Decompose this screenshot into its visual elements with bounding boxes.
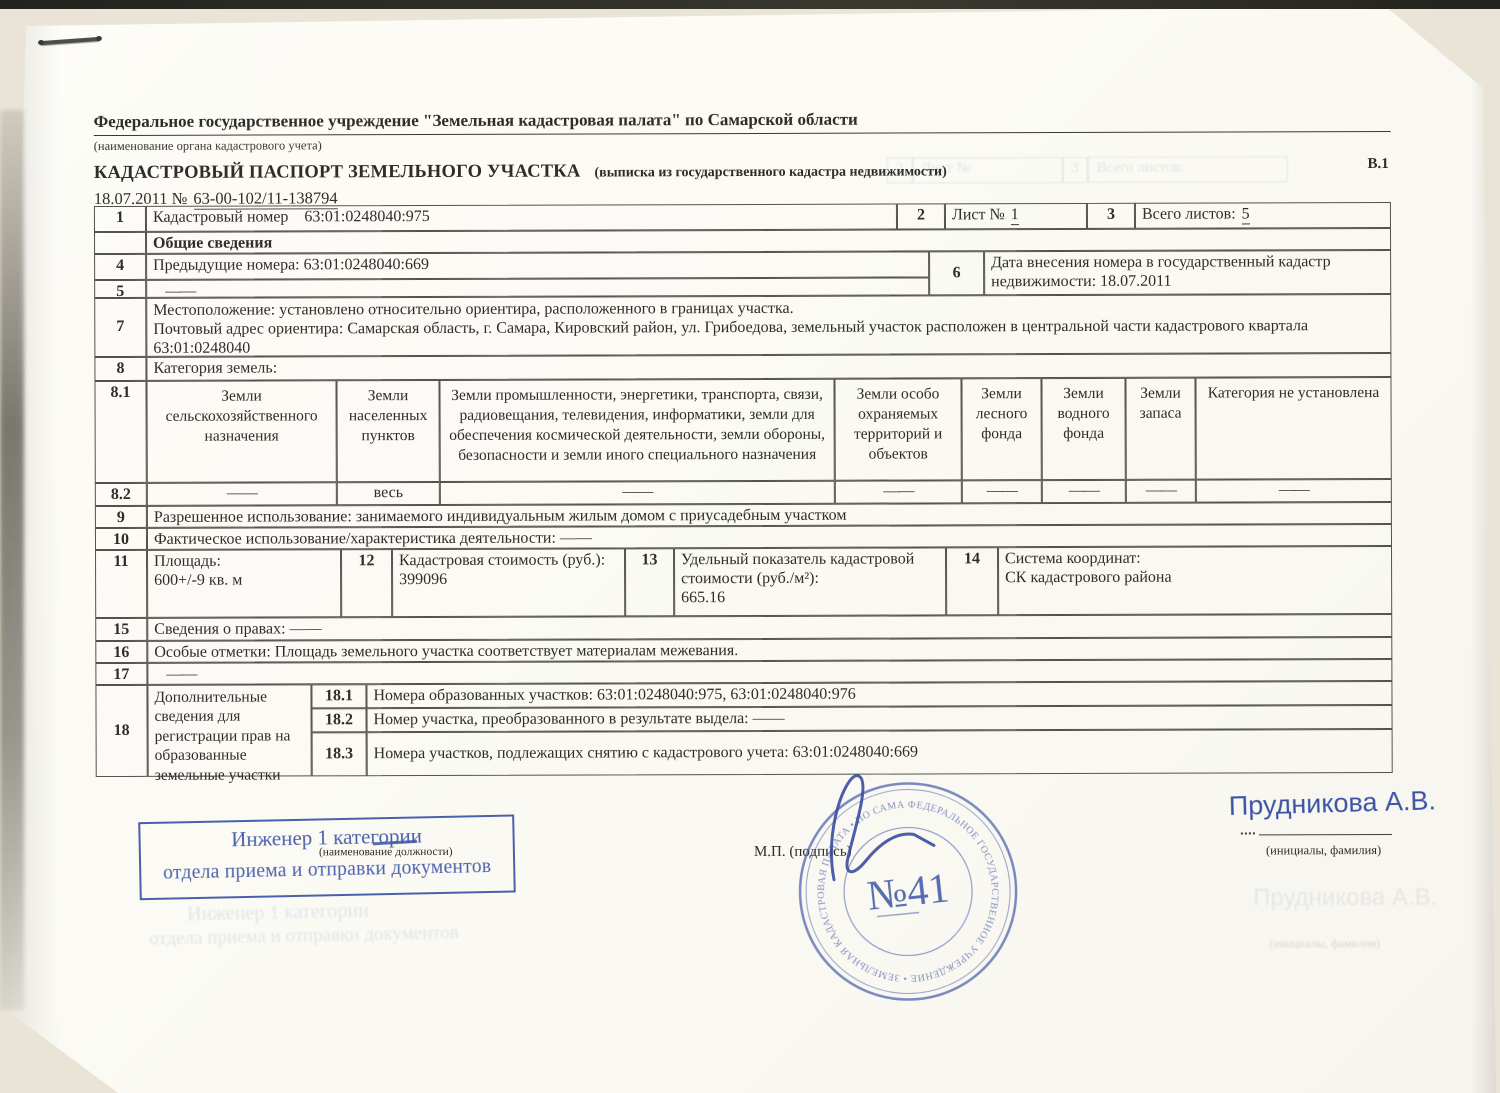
additional-info-label: Дополнительные сведения для регистрации …: [147, 684, 311, 777]
ghost-cell: 2: [887, 157, 913, 183]
cadastral-number-label: Кадастровый номер: [153, 208, 289, 225]
registration-date-cell: Дата внесения номера в государственный к…: [984, 250, 1391, 295]
org-caption: (наименование органа кадастрового учета): [94, 135, 1391, 154]
form-code: В.1: [1368, 156, 1389, 173]
row8-number: 8: [94, 357, 146, 381]
page-fold-shadow: [0, 110, 24, 1010]
row6-number: 6: [929, 251, 984, 295]
document-content: Федеральное государственное учреждение "…: [0, 0, 1500, 1093]
coordinate-system-cell: Система координат: СК кадастрового район…: [998, 546, 1392, 615]
category-val-3: ——: [835, 480, 962, 503]
position-caption: (наименование должности): [319, 846, 453, 858]
cadastral-value-amount: 399096: [399, 570, 618, 590]
total-sheets-cell: Всего листов:5: [1135, 202, 1391, 229]
area-label: Площадь:: [154, 552, 334, 571]
bleed-position-line1: Инженер 1 категории: [187, 900, 369, 927]
signer-underline: [1259, 834, 1392, 835]
coordinate-system-label: Система координат:: [1005, 549, 1385, 569]
empty-number-cell: [94, 232, 146, 254]
category-val-7: ——: [1196, 479, 1392, 503]
row10-number: 10: [95, 528, 147, 550]
category-col-settlements: Земли населенных пунктов: [336, 380, 439, 482]
sheet-value: 1: [1011, 206, 1019, 225]
category-val-4: ——: [962, 480, 1042, 503]
cadastral-value-cell: Кадастровая стоимость (руб.): 399096: [392, 548, 625, 617]
category-col-industry: Земли промышленности, энергетики, трансп…: [439, 379, 834, 482]
row14-number: 14: [946, 547, 998, 615]
row4-number: 4: [94, 254, 146, 280]
formed-parcels-cell: Номера образованных участков: 63:01:0248…: [366, 681, 1392, 708]
row11-number: 11: [95, 550, 147, 618]
row7-number: 7: [94, 298, 146, 357]
row181-number: 18.1: [311, 684, 366, 708]
category-col-forest: Земли лесного фонда: [961, 378, 1041, 480]
category-col-reserve: Земли запаса: [1125, 378, 1195, 480]
category-col-protected: Земли особо охраняемых территорий и объе…: [834, 378, 961, 480]
row183-number: 18.3: [312, 732, 367, 776]
row81-number: 8.1: [94, 381, 146, 483]
row18-number: 18: [95, 685, 147, 777]
cadastral-value-label: Кадастровая стоимость (руб.):: [399, 551, 618, 571]
signer-name-stamp: Прудникова А.В.: [1228, 785, 1436, 822]
category-val-5: ——: [1042, 480, 1126, 503]
ghost-cell: 3: [1062, 157, 1088, 183]
coordinate-system-value: СК кадастрового района: [1005, 568, 1385, 588]
specific-value-label: Удельный показатель кадастровой стоимост…: [681, 550, 939, 589]
total-sheets-value: 5: [1242, 205, 1250, 224]
category-val-6: ——: [1126, 480, 1196, 503]
transformed-parcel-cell: Номер участка, преобразованного в резуль…: [367, 705, 1393, 732]
total-sheets-label: Всего листов:: [1142, 205, 1236, 222]
location-cell: Местоположение: установлено относительно…: [146, 294, 1391, 357]
bleed-signer-name: Прудникова А.В.: [1253, 884, 1437, 913]
location-line2: Почтовый адрес ориентира: Самарская обла…: [153, 317, 1384, 359]
row2-number: 2: [897, 203, 945, 229]
category-val-0: ——: [147, 482, 337, 506]
row82-number: 8.2: [95, 483, 147, 506]
row182-number: 18.2: [312, 708, 367, 732]
cadastral-number-cell: Кадастровый номер63:01:0248040:975: [146, 204, 897, 232]
specific-value-amount: 665.16: [681, 588, 939, 608]
cadastral-table: 1 Кадастровый номер63:01:0248040:975 2 Л…: [94, 202, 1393, 777]
row13-number: 13: [625, 548, 674, 616]
row3-number: 3: [1087, 203, 1135, 229]
area-cell: Площадь: 600+/-9 кв. м: [147, 549, 341, 618]
signature: [796, 759, 986, 900]
position-stamp-line2: отдела приема и отправки документов: [141, 855, 513, 885]
bleed-signer-caption: (инициалы, фамилия): [1269, 936, 1380, 951]
row17-number: 17: [95, 663, 147, 685]
area-value: 600+/-9 кв. м: [154, 571, 334, 590]
cadastral-number-value: 63:01:0248040:975: [304, 208, 429, 225]
category-val-1: весь: [337, 482, 440, 505]
sheet-label: Лист №: [952, 206, 1005, 223]
scanned-document: Федеральное государственное учреждение "…: [0, 0, 1500, 1093]
ghost-cell: Лист №: [912, 157, 1062, 183]
row15-number: 15: [95, 618, 147, 641]
sheet-cell: Лист №1: [945, 203, 1087, 229]
ghost-cell: Всего листов:: [1088, 156, 1288, 183]
row9-number: 9: [95, 506, 147, 528]
previous-numbers-cell: Предыдущие номера: 63:01:0248040:669: [146, 251, 929, 279]
category-val-2: ——: [440, 481, 835, 505]
row12-number: 12: [341, 549, 392, 617]
category-col-agricultural: Земли сельскохозяйственного назначения: [146, 380, 336, 483]
row16-number: 16: [95, 641, 147, 663]
bleed-through-row: 2 Лист № 3 Всего листов:: [887, 156, 1361, 183]
category-col-water: Земли водного фонда: [1041, 378, 1125, 480]
doc-title: КАДАСТРОВЫЙ ПАСПОРТ ЗЕМЕЛЬНОГО УЧАСТКА: [94, 162, 581, 184]
signer-caption: (инициалы, фамилия): [1266, 843, 1381, 858]
scanner-edge-strip: [0, 0, 1500, 9]
category-col-not-set: Категория не установлена: [1195, 377, 1391, 480]
row1-number: 1: [94, 206, 146, 232]
bleed-position-line2: отдела приема и отправки документов: [149, 922, 459, 950]
org-name: Федеральное государственное учреждение "…: [94, 108, 1391, 136]
specific-value-cell: Удельный показатель кадастровой стоимост…: [674, 547, 946, 616]
row5-number: 5: [94, 280, 146, 298]
